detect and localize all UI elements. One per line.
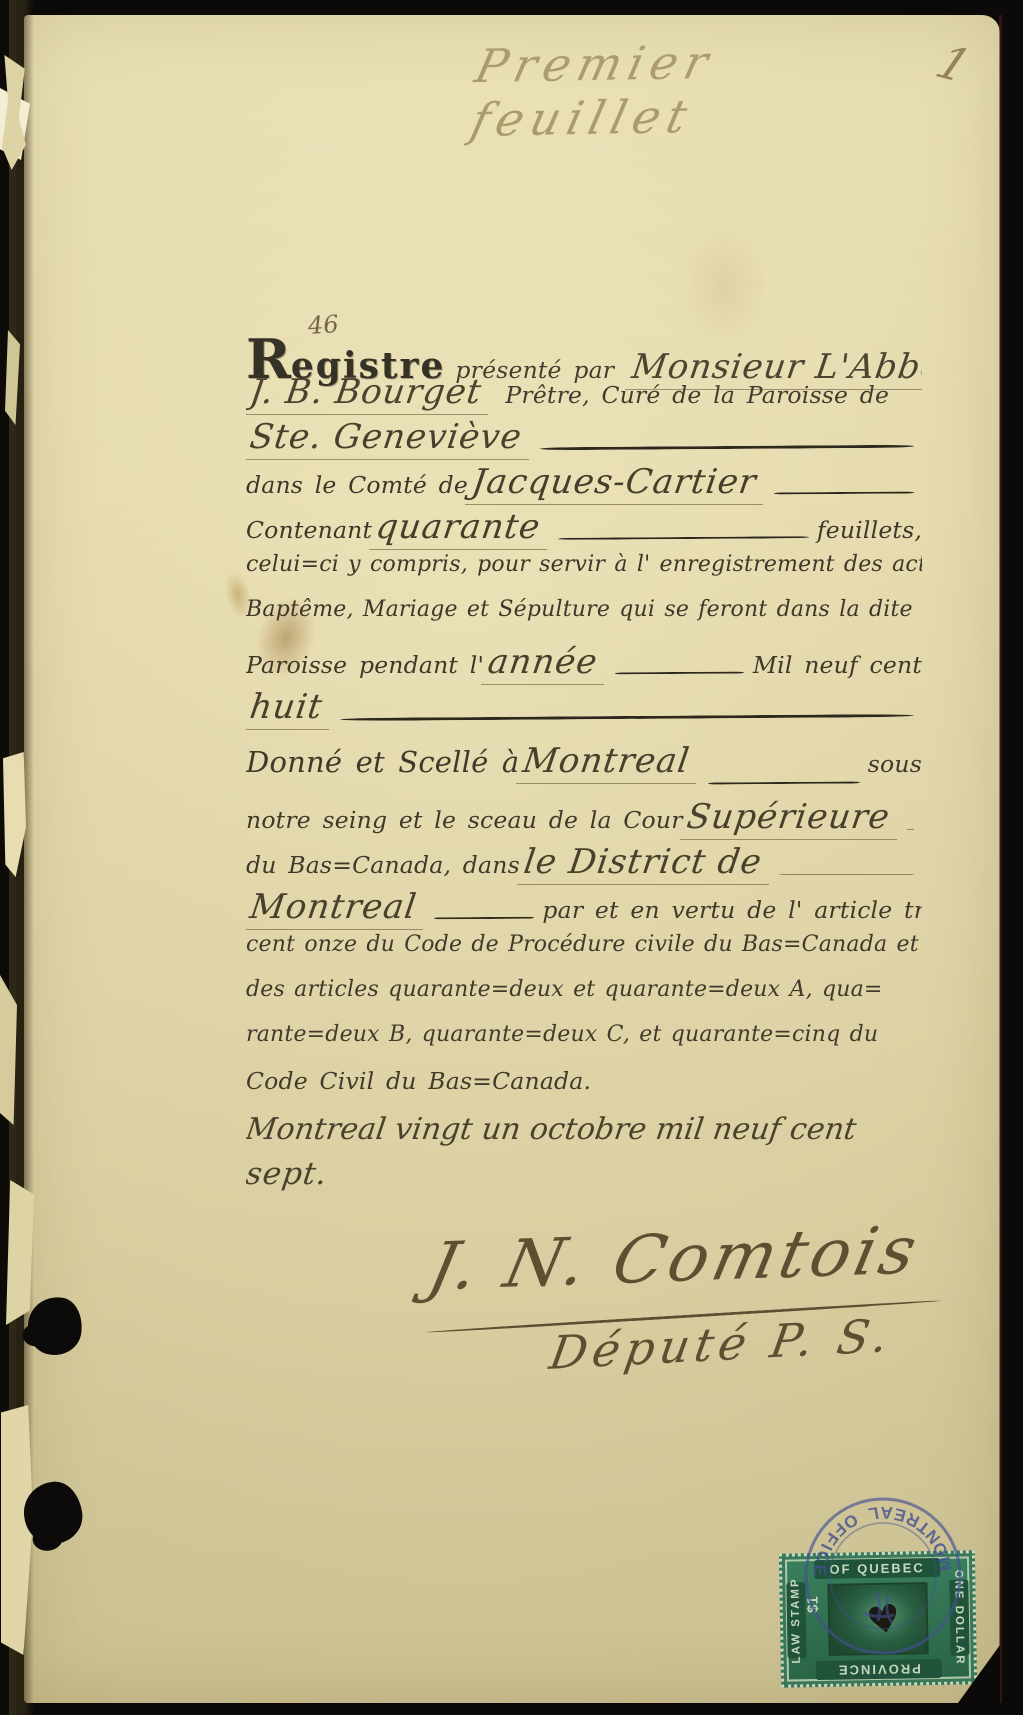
fill-rule (540, 445, 914, 451)
fill-rule (558, 536, 809, 540)
text-line: huit (246, 687, 922, 732)
text-line: dans le Comté de Jacques-Cartier (246, 462, 922, 507)
text-line: Code Civil du Bas=Canada. (246, 1067, 922, 1112)
fill-rule (708, 781, 860, 784)
register-page: Premier feuillet 1 46 Registre présenté … (24, 15, 1000, 1703)
printed-text: notre seing et le sceau de la Cour (246, 806, 683, 834)
printed-text: Baptême, Mariage et Sépulture qui se fer… (246, 597, 913, 622)
fill-rule (907, 829, 914, 830)
stamp-left-label: LAW STAMP (786, 1582, 806, 1658)
text-line: du Bas=Canada, dans le District de (246, 842, 922, 887)
handwritten-text: Ste. Geneviève (246, 417, 535, 460)
handwritten-text: sept. (246, 1156, 330, 1192)
printed-text: feuillets, (817, 516, 922, 544)
printed-text: Contenant (246, 516, 372, 544)
fill-rule (340, 714, 914, 721)
text-line: rante=deux B, quarante=deux C, et quaran… (246, 1022, 922, 1067)
handwritten-text: Montreal (246, 887, 429, 930)
text-line: Donné et Scellé à Montreal sous (246, 732, 922, 797)
date-line: sept. (246, 1156, 922, 1196)
revenue-stamp: OF QUEBEC PROVINCE LAW STAMP ONE DOLLAR … (779, 1550, 977, 1687)
fill-rule (779, 874, 914, 875)
text-line: Baptême, Mariage et Sépulture qui se fer… (246, 597, 922, 642)
stamp-top-label: OF QUEBEC (814, 1558, 940, 1579)
torn-flap (6, 1180, 34, 1325)
page-number: 1 (928, 35, 979, 92)
signature-title: Député P. S. (546, 1308, 897, 1380)
text-line: notre seing et le sceau de la Cour Supér… (246, 797, 922, 842)
printed-text: des articles quarante=deux et quarante=d… (246, 977, 883, 1002)
printed-text: cent onze du Code de Procédure civile du… (246, 932, 919, 957)
heart-punch-hole-icon: ♥ (864, 1598, 905, 1642)
printed-text: sous (868, 750, 922, 778)
printed-text: Code Civil du Bas=Canada. (246, 1067, 591, 1095)
printed-text: Paroisse pendant l' (246, 651, 484, 679)
signature: J. N. Comtois (422, 1212, 927, 1306)
text-line: cent onze du Code de Procédure civile du… (246, 932, 922, 977)
handwritten-text: le District de (517, 842, 775, 885)
printed-text: Donné et Scellé à (246, 745, 519, 779)
text-line: des articles quarante=deux et quarante=d… (246, 977, 922, 1022)
handwritten-text: huit (246, 687, 335, 730)
stamp-right-label: ONE DOLLAR (949, 1579, 969, 1655)
handwritten-text: Montreal (516, 741, 702, 784)
fill-rule (615, 672, 744, 675)
date-line: Montreal vingt un octobre mil neuf cent (246, 1112, 922, 1156)
text-line: Contenant quarante feuillets, (246, 507, 922, 552)
printed-text: Mil neuf cent (753, 651, 922, 679)
photo-background: Premier feuillet 1 46 Registre présenté … (0, 0, 1023, 1715)
handwritten-text: J. B. Bourget (246, 372, 494, 415)
text-line: Paroisse pendant l' année Mil neuf cent (246, 642, 922, 687)
handwritten-text: Jacques-Cartier (465, 462, 769, 505)
handwritten-text: Montreal vingt un octobre mil neuf cent (246, 1112, 859, 1147)
stamp-denomination: $1 (804, 1596, 821, 1613)
handwritten-text: Supérieure (680, 797, 903, 840)
stamp-bottom-label: PROVINCE (816, 1659, 942, 1680)
text-line: Ste. Geneviève (246, 417, 922, 462)
text-line: celui=ci y compris, pour servir à l' enr… (246, 552, 922, 597)
form-text: Registre présenté par Monsieur L'Abbé J.… (246, 327, 922, 1196)
printed-text: dans le Comté de (246, 471, 468, 499)
handwritten-text: Monsieur L'Abbé (625, 347, 922, 390)
printed-text: par et en vertu de l' article treize (542, 896, 922, 924)
printed-text: celui=ci y compris, pour servir à l' enr… (246, 552, 922, 577)
handwritten-text: année (481, 642, 610, 685)
text-line: Registre présenté par Monsieur L'Abbé (246, 327, 922, 372)
handwritten-text: quarante (369, 507, 553, 550)
header-annotation: Premier feuillet (340, 33, 837, 149)
fill-rule (774, 492, 914, 495)
printed-text: rante=deux B, quarante=deux C, et quaran… (246, 1022, 878, 1047)
page-edge-line (999, 15, 1002, 1703)
text-line: Montreal par et en vertu de l' article t… (246, 887, 922, 932)
fill-rule (434, 917, 534, 920)
printed-text: du Bas=Canada, dans (246, 851, 520, 879)
